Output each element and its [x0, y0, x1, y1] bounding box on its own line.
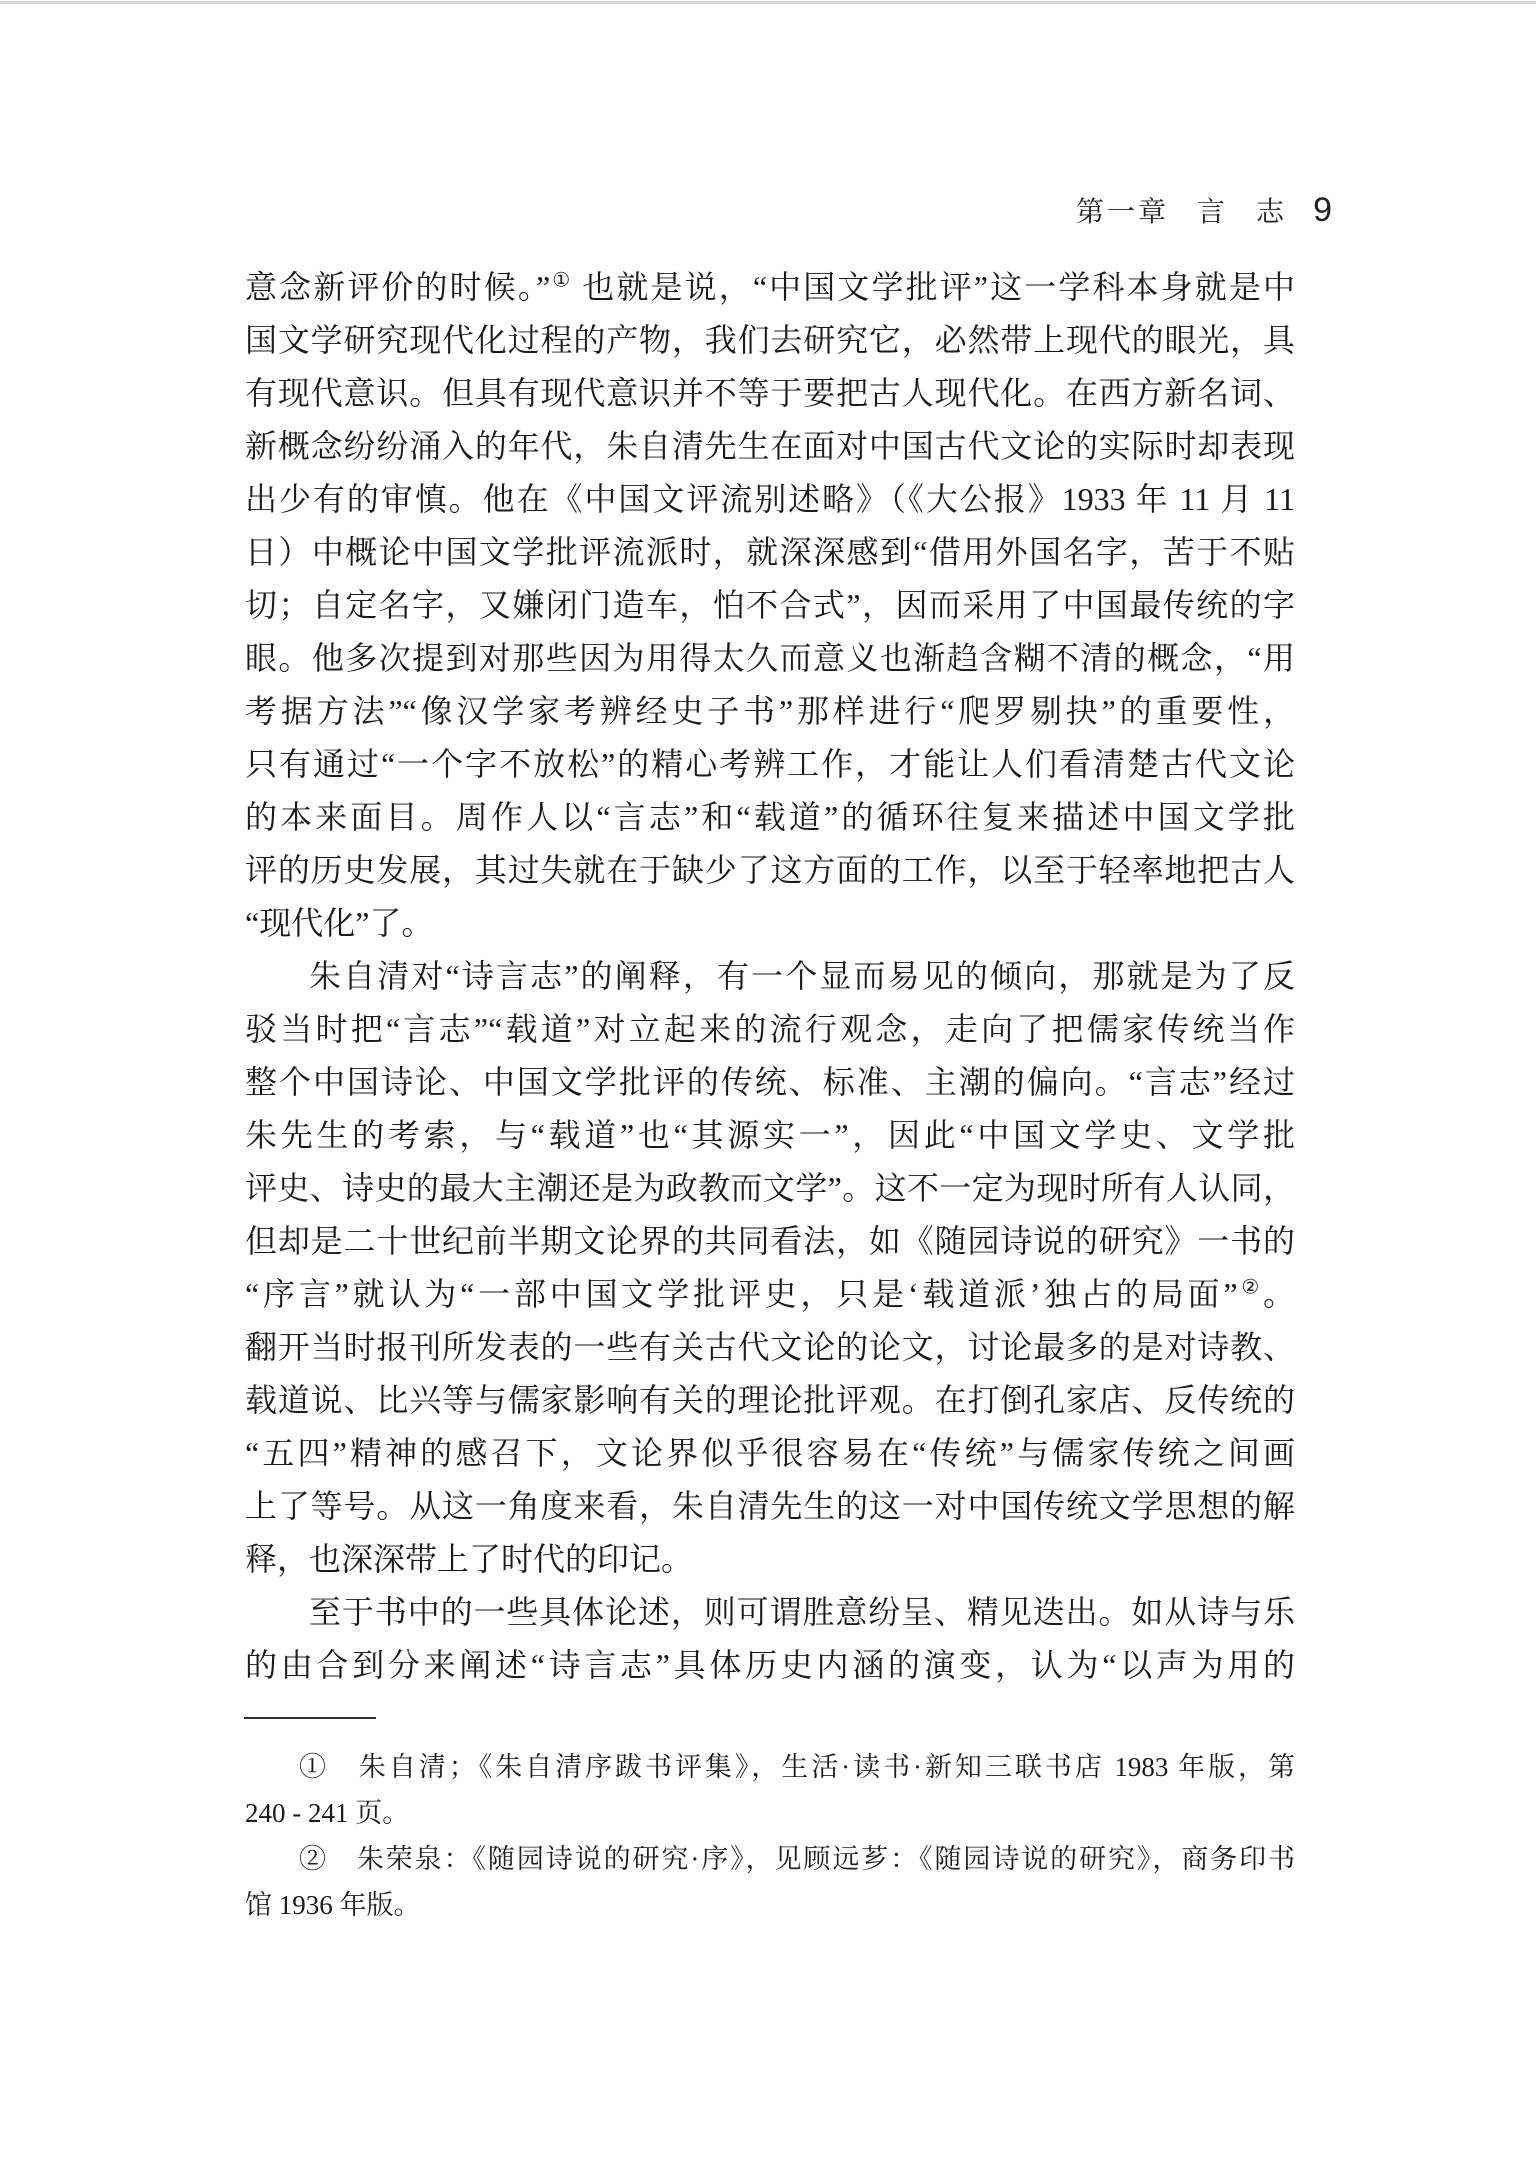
text-line: 切；自定名字，又嫌闭门造车，怕不合式”，因而采用了中国最传统的字 [245, 579, 1295, 632]
text-line: 朱自清对“诗言志”的阐释，有一个显而易见的倾向，那就是为了反 [245, 950, 1295, 1003]
footnote-line: 馆 1936 年版。 [245, 1882, 1295, 1928]
text-line: 的本来面目。周作人以“言志”和“载道”的循环往复来描述中国文学批 [245, 791, 1295, 844]
text-line: 的由合到分来阐述“诗言志”具体历史内涵的演变，认为“以声为用的 [245, 1639, 1295, 1692]
text-line: 只有通过“一个字不放松”的精心考辨工作，才能让人们看清楚古代文论 [245, 738, 1295, 791]
text-line: 国文学研究现代化过程的产物，我们去研究它，必然带上现代的眼光，具 [245, 314, 1295, 367]
text-line: 眼。他多次提到对那些因为用得太久而意义也渐趋含糊不清的概念，“用 [245, 632, 1295, 685]
chapter-title-char-2: 志 [1256, 196, 1287, 227]
footnote-ref-2: ② [1238, 1276, 1263, 1298]
footnote-ref-1: ① [550, 269, 572, 291]
chapter-title-char-1: 言 [1197, 196, 1228, 227]
text-line: 意念新评价的时候。”① 也就是说，“中国文学批评”这一学科本身就是中 [245, 261, 1295, 314]
book-page: 第一章言志9 意念新评价的时候。”① 也就是说，“中国文学批评”这一学科本身就是… [0, 0, 1536, 2181]
text-line: “五四”精神的感召下，文论界似乎很容易在“传统”与儒家传统之间画 [245, 1427, 1295, 1480]
text-line: 驳当时把“言志”“载道”对立起来的流行观念，走向了把儒家传统当作 [245, 1003, 1295, 1056]
body-text: 意念新评价的时候。”① 也就是说，“中国文学批评”这一学科本身就是中 国文学研究… [245, 261, 1295, 1692]
text-line: 至于书中的一些具体论述，则可谓胜意纷呈、精见迭出。如从诗与乐 [245, 1586, 1295, 1639]
text-line: 新概念纷纷涌入的年代，朱自清先生在面对中国古代文论的实际时却表现 [245, 420, 1295, 473]
text-line: “序言”就认为“一部中国文学批评史，只是‘载道派’独占的局面”②。 [245, 1268, 1295, 1321]
text-line: 朱先生的考索，与“载道”也“其源实一”，因此“中国文学史、文学批 [245, 1109, 1295, 1162]
text-line: 出少有的审慎。他在《中国文评流别述略》（《大公报》1933 年 11 月 11 [245, 473, 1295, 526]
text-line: 有现代意识。但具有现代意识并不等于要把古人现代化。在西方新名词、 [245, 367, 1295, 420]
text-line: 上了等号。从这一角度来看，朱自清先生的这一对中国传统文学思想的解 [245, 1480, 1295, 1533]
text-line: 整个中国诗论、中国文学批评的传统、标准、主潮的偏向。“言志”经过 [245, 1056, 1295, 1109]
text-segment: 。 [1263, 1276, 1295, 1312]
text-line: 载道说、比兴等与儒家影响有关的理论批评观。在打倒孔家店、反传统的 [245, 1374, 1295, 1427]
text-segment: 也就是说，“中国文学批评”这一学科本身就是中 [572, 269, 1295, 305]
chapter-label: 第一章 [1076, 196, 1169, 227]
running-header: 第一章言志9 [0, 190, 1332, 232]
footnote-line: 240 - 241 页。 [245, 1790, 1295, 1836]
text-line: 日）中概论中国文学批评流派时，就深深感到“借用外国名字，苦于不贴 [245, 526, 1295, 579]
text-line: 翻开当时报刊所发表的一些有关古代文论的论文，讨论最多的是对诗教、 [245, 1321, 1295, 1374]
footnote-line: ① 朱自清；《朱自清序跋书评集》，生活·读书·新知三联书店 1983 年版，第 [245, 1744, 1295, 1790]
text-line: 评的历史发展，其过失就在于缺少了这方面的工作，以至于轻率地把古人 [245, 844, 1295, 897]
footnote-separator [244, 1717, 376, 1719]
text-line: 但却是二十世纪前半期文论界的共同看法，如《随园诗说的研究》一书的 [245, 1215, 1295, 1268]
text-line: “现代化”了。 [245, 897, 1295, 950]
text-segment: “序言”就认为“一部中国文学批评史，只是‘载道派’独占的局面” [245, 1276, 1238, 1312]
text-line: 释，也深深带上了时代的印记。 [245, 1533, 1295, 1586]
text-line: 考据方法”“像汉学家考辨经史子书”那样进行“爬罗剔抉”的重要性， [245, 685, 1295, 738]
footnotes: ① 朱自清；《朱自清序跋书评集》，生活·读书·新知三联书店 1983 年版，第 … [245, 1744, 1295, 1928]
page-top-edge [0, 1, 1536, 4]
footnote-line: ② 朱荣泉：《随园诗说的研究·序》，见顾远芗：《随园诗说的研究》，商务印书 [245, 1836, 1295, 1882]
page-number: 9 [1313, 191, 1332, 229]
text-line: 评史、诗史的最大主潮还是为政教而文学”。这不一定为现时所有人认同， [245, 1162, 1295, 1215]
text-segment: 意念新评价的时候。” [245, 269, 550, 305]
